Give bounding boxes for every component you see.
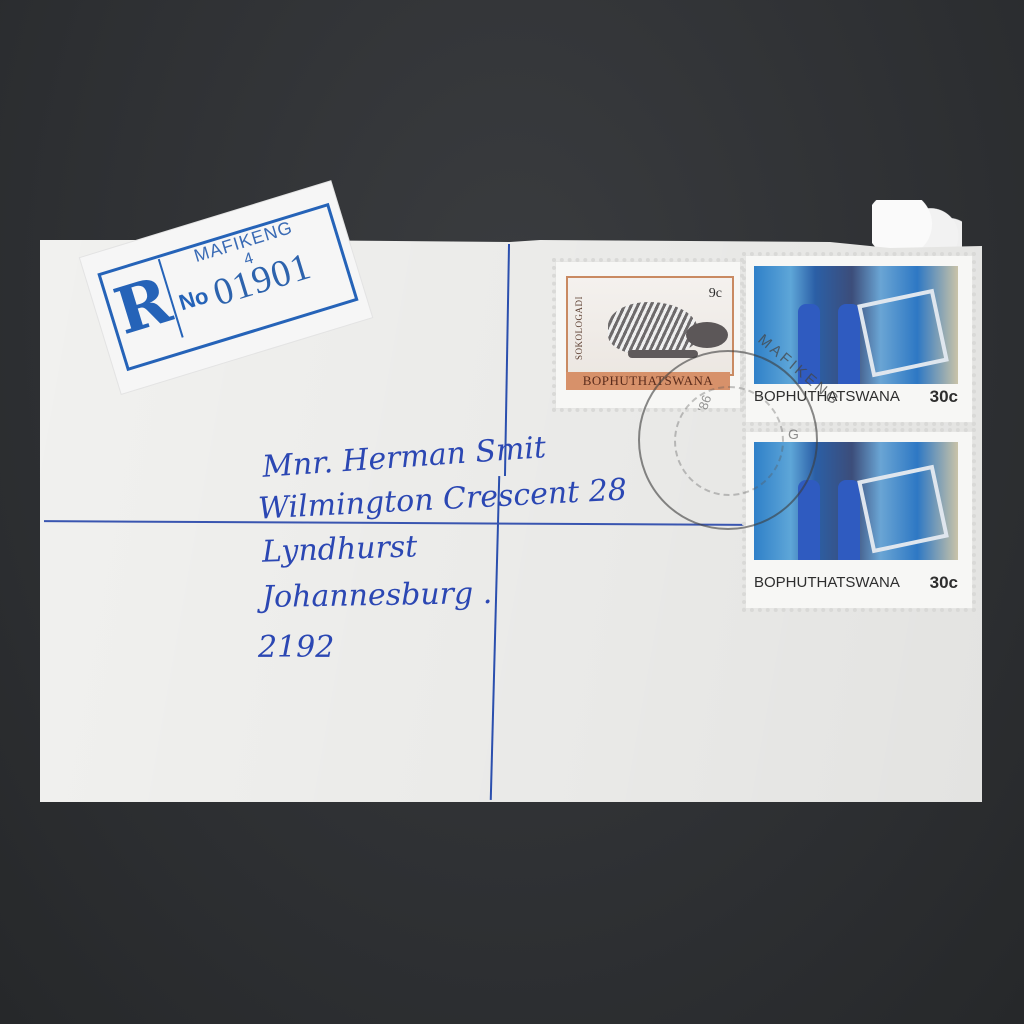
worker-figure [838, 304, 860, 384]
postmark: MAFIKENG '86 G [638, 350, 818, 530]
postmark-letter: G [788, 426, 799, 442]
address-line-city: Johannesburg . [262, 576, 493, 615]
stamp-value: 30c [930, 386, 958, 408]
worker-figure [838, 480, 860, 560]
stamp-value: 30c [930, 572, 958, 594]
address-line-postcode: 2192 [258, 630, 334, 665]
stamp-country: BOPHUTHATSWANA [754, 574, 900, 591]
stamp-value: 9c [709, 286, 722, 302]
metal-frame [857, 289, 949, 378]
metal-frame [857, 465, 949, 554]
stamp-side-text: SOKOLOGADI [574, 296, 584, 360]
address-line-suburb: Lyndhurst [261, 529, 417, 569]
